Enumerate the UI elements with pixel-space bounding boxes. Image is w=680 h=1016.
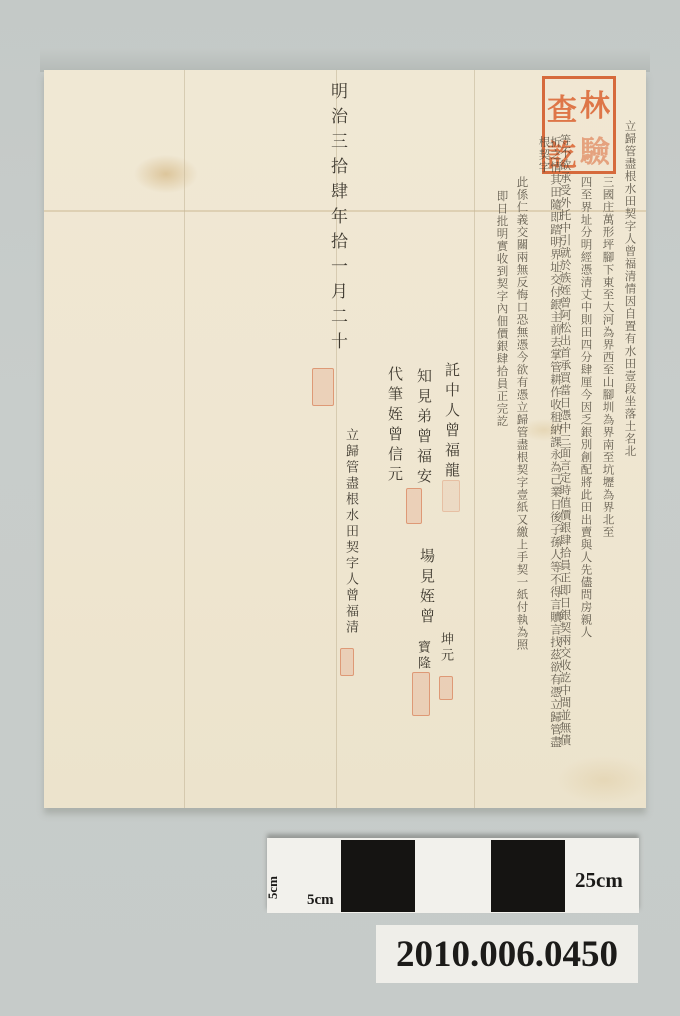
signatory-witness-nephew: 場見姪曾 <box>419 548 434 638</box>
personal-seal-stamp <box>442 480 460 512</box>
scale-segment-black <box>341 840 415 912</box>
deed-body-column: 四至界址分明經憑清丈中則田四分肆厘今因乏銀別創配將此田出賣與人先儘問房親人 <box>580 176 592 796</box>
fold-line-vertical <box>184 70 185 808</box>
measurement-scale-card: 5cm 5cm 25cm <box>267 838 639 913</box>
scale-label-5cm: 5cm <box>307 892 334 909</box>
personal-seal-stamp <box>412 672 430 716</box>
signatory-name: 坤元 <box>439 632 452 672</box>
personal-seal-stamp <box>340 648 354 676</box>
deed-body-column: 三國庄萬形坪腳下東至大河為界西至山腳圳為界南至坑壢為界北至 <box>602 176 614 796</box>
deed-body-column: 折之情其田隨即踏明界址交付銀主前去掌管耕作收租納課永為己業日後子孫人等不得言贖言… <box>538 136 561 756</box>
signatory-scribe: 代筆姪曾信元 <box>387 366 402 496</box>
fold-line-vertical <box>474 70 475 808</box>
scale-label-vertical: 5cm <box>265 876 281 899</box>
deed-body-column: 立歸管盡根水田契字人曾福清情因自置有水田壹段坐落土名北 <box>624 120 636 800</box>
scale-segment-black <box>491 840 565 912</box>
personal-seal-stamp <box>406 488 422 524</box>
signatory-witness-brother: 知見弟曾福安 <box>416 368 431 498</box>
accession-number-label: 2010.006.0450 <box>376 925 638 983</box>
seal-char: 查 <box>547 85 577 129</box>
document-paper: 林 查 驗 訖 明治三拾肆年拾一月二十 立歸管盡根水田契字人曾福清情因自置有水田… <box>44 70 646 808</box>
backdrop-shadow <box>40 48 650 72</box>
date-line: 明治三拾肆年拾一月二十 <box>328 82 345 382</box>
scale-label-25cm: 25cm <box>575 868 623 893</box>
deed-body-column: 即日批明實收到契字內佃價銀肆拾員正完訖 <box>496 190 508 710</box>
personal-seal-stamp <box>439 676 453 700</box>
accession-number: 2010.006.0450 <box>396 933 618 976</box>
seal-char: 驗 <box>580 127 610 171</box>
seal-char: 林 <box>580 81 610 125</box>
deed-body-column: 此係仁義交關兩無反悔口恐無憑今欲有憑立歸管盡根契字壹紙又繳上手契一紙付執為照 <box>516 176 528 716</box>
signatory-seller: 立歸管盡根水田契字人曾福清 <box>344 428 357 668</box>
personal-seal-stamp <box>312 368 334 406</box>
